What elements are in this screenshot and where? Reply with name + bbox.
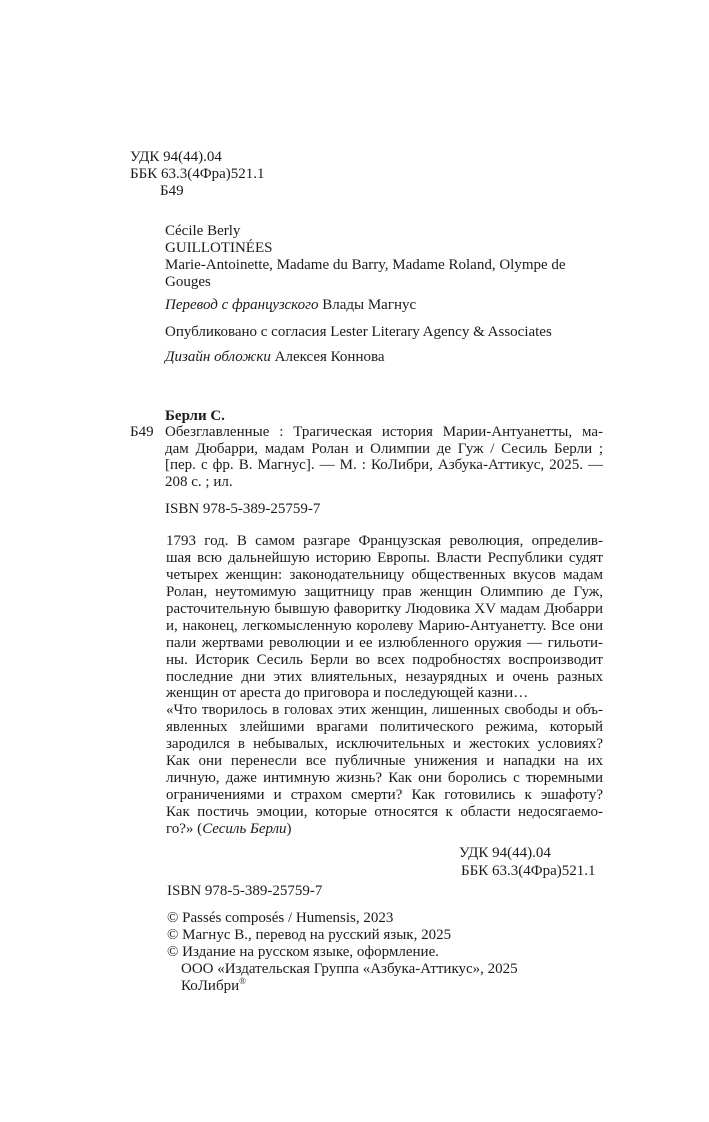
annotation-line: шая всю дальнейшую историю Европы. Власт…	[166, 550, 603, 567]
copyright-notices: © Passés composés / Humensis, 2023 © Маг…	[167, 910, 518, 995]
annotation-line: пали жертвами революции и ее излюбленног…	[166, 635, 603, 652]
annotation-line: Как постичь эмоции, которые относятся к …	[166, 804, 603, 821]
annotation-line: ны. Историк Сесиль Берли во всех подробн…	[166, 652, 603, 669]
translation-credit: Перевод с французского Влады Магнус	[165, 297, 416, 314]
annotation-line: и, наконец, легкомысленную королеву Мари…	[166, 618, 603, 635]
annotation: 1793 год. В самом разгаре Французская ре…	[166, 533, 603, 838]
annotation-line: Как они перенесли все публичные унижения…	[166, 753, 603, 770]
annotation-line: женщин от ареста до приговора и последую…	[166, 685, 603, 702]
annotation-line: личную, даже интимную жизнь? Как они бор…	[166, 770, 603, 787]
original-subtitle-line: Marie-Antoinette, Madame du Barry, Madam…	[165, 257, 566, 274]
annotation-line: явленных злейшими врагами политического …	[166, 719, 603, 736]
entry-line: 208 с. ; ил.	[165, 474, 602, 491]
entry-isbn: ISBN 978-5-389-25759-7	[165, 501, 320, 518]
udk-code: УДК 94(44).04	[459, 844, 595, 862]
entry-line: дам Дюбарри, мадам Ролан и Олимпии де Гу…	[165, 441, 603, 458]
entry-author-heading: Берли С.	[165, 408, 225, 425]
bbk-code: ББК 63.3(4Фра)521.1	[130, 166, 264, 183]
author-mark: Б49	[130, 183, 264, 200]
entry-line: Обезглавленные : Трагическая история Мар…	[165, 424, 603, 441]
annotation-line: последние дни этих влиятельных, незауряд…	[166, 669, 603, 686]
translation-label: Перевод с французского	[165, 297, 318, 313]
designer-name: Алексея Коннова	[275, 349, 385, 365]
annotation-line: расточительную бывшую фаворитку Людовика…	[166, 601, 603, 618]
annotation-line: «Что творилось в головах этих женщин, ли…	[166, 702, 603, 719]
annotation-line: 1793 год. В самом разгаре Французская ре…	[166, 533, 603, 550]
quote-attribution: Сесиль Берли	[202, 821, 286, 837]
attribution-close: )	[287, 821, 292, 837]
classification-block-bottom: УДК 94(44).04 ББК 63.3(4Фра)521.1	[459, 844, 595, 880]
translator-name: Влады Магнус	[322, 297, 416, 313]
copyright-page: УДК 94(44).04 ББК 63.3(4Фра)521.1 Б49 Cé…	[0, 0, 709, 1122]
entry-author-mark: Б49	[130, 424, 154, 441]
annotation-line: Ролан, неутомимую защитницу прав женщин …	[166, 584, 603, 601]
annotation-line: четырех женщин: законодательницу обществ…	[166, 567, 603, 584]
copyright-imprint: КоЛибри®	[167, 978, 518, 995]
quote-end: го?» (	[166, 821, 202, 837]
bibliographic-entry: Обезглавленные : Трагическая история Мар…	[165, 424, 603, 491]
copyright-line: © Магнус В., перевод на русский язык, 20…	[167, 927, 518, 944]
design-label: Дизайн обложки	[165, 349, 271, 365]
entry-line: [пер. с фр. В. Магнус]. — М. : КоЛибри, …	[165, 457, 603, 474]
annotation-last-line: го?» (Сесиль Берли)	[166, 821, 603, 838]
original-title: GUILLOTINÉES	[165, 240, 566, 257]
original-author: Cécile Berly	[165, 223, 566, 240]
copyright-line: © Издание на русском языке, оформление.	[167, 944, 518, 961]
annotation-line: зародился в небывалых, исключительных и …	[166, 736, 603, 753]
original-subtitle-line: Gouges	[165, 274, 566, 291]
classification-block-top: УДК 94(44).04 ББК 63.3(4Фра)521.1 Б49	[130, 149, 264, 199]
bbk-code: ББК 63.3(4Фра)521.1	[459, 862, 595, 880]
original-edition-info: Cécile Berly GUILLOTINÉES Marie-Antoinet…	[165, 223, 566, 291]
cover-design-credit: Дизайн обложки Алексея Коннова	[165, 349, 385, 366]
imprint-name: КоЛибри	[181, 978, 239, 994]
annotation-line: ограничениями и страхом смерти? Как гото…	[166, 787, 603, 804]
publication-agreement: Опубликовано с согласия Lester Literary …	[165, 324, 552, 341]
copyright-line: ООО «Издательская Группа «Азбука-Аттикус…	[167, 961, 518, 978]
registered-mark: ®	[239, 976, 246, 986]
udk-code: УДК 94(44).04	[130, 149, 264, 166]
isbn: ISBN 978-5-389-25759-7	[167, 883, 322, 900]
copyright-line: © Passés composés / Humensis, 2023	[167, 910, 518, 927]
